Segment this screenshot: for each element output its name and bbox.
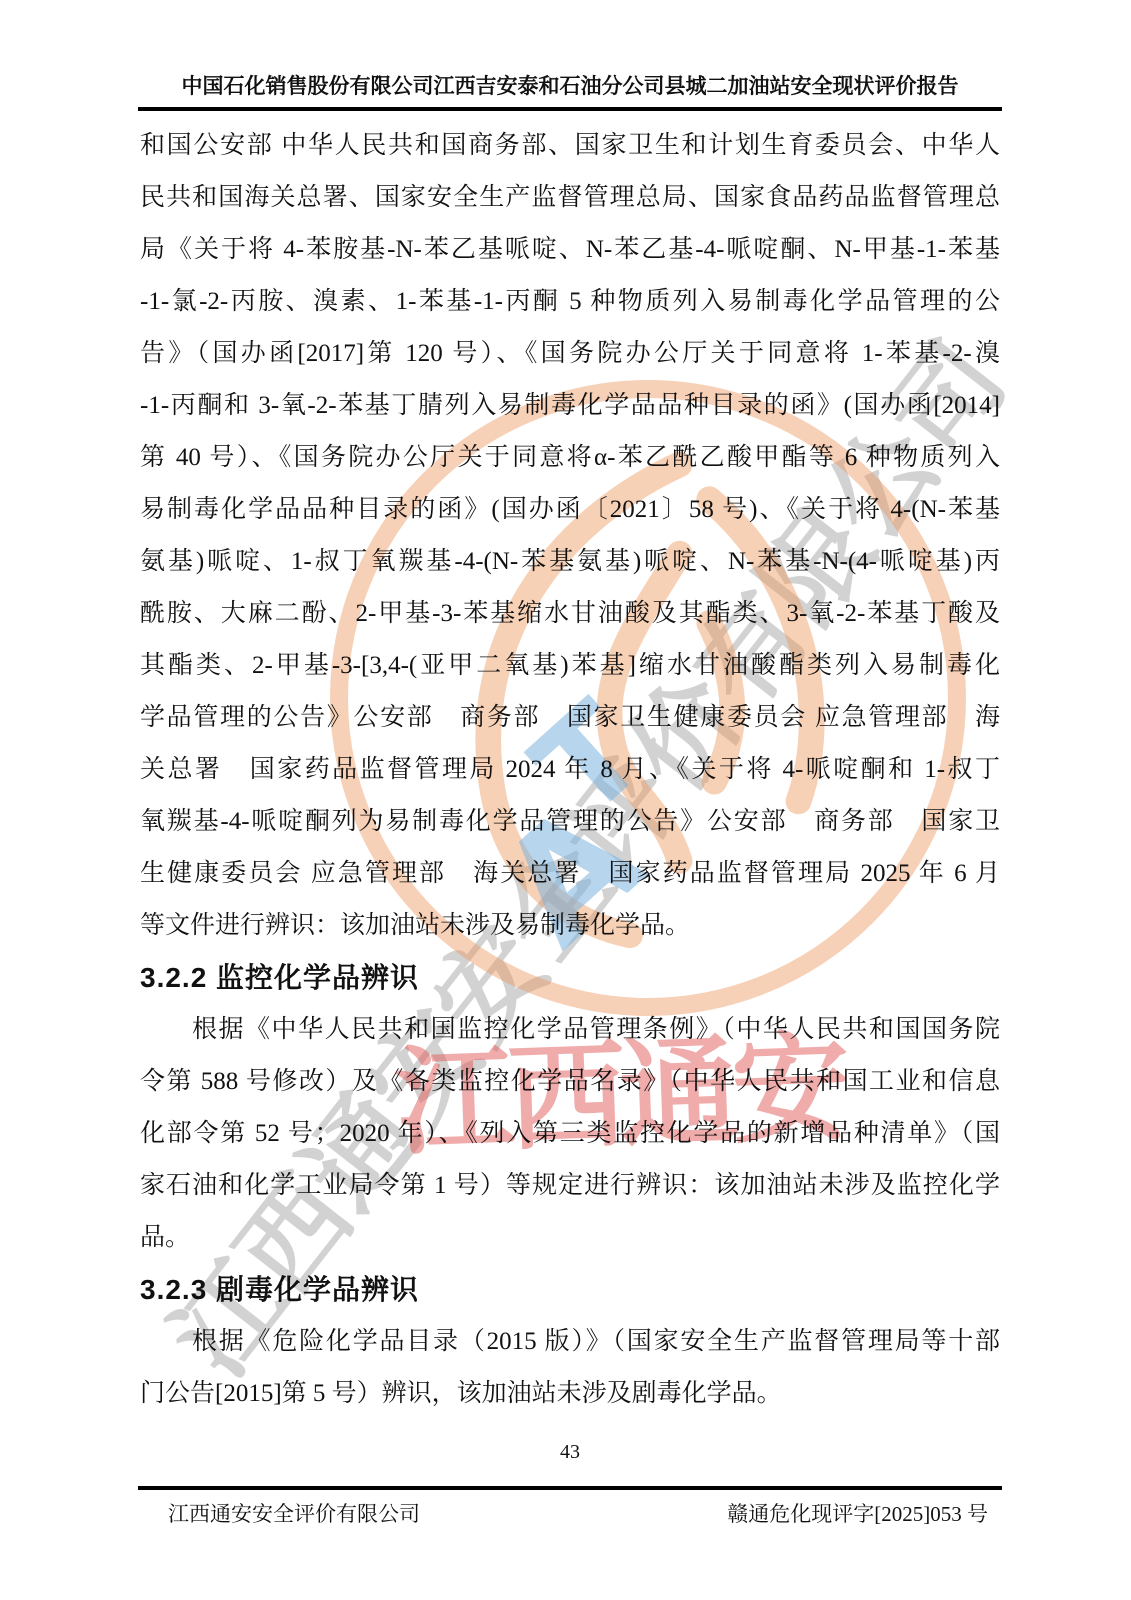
body-line: 等文件进行辨识：该加油站未涉及易制毒化学品。 xyxy=(140,900,1000,952)
section-heading-3-2-2: 3.2.2 监控化学品辨识 xyxy=(140,952,1000,1004)
section-heading-3-2-3: 3.2.3 剧毒化学品辨识 xyxy=(140,1264,1000,1316)
body-line: 品。 xyxy=(140,1212,1000,1264)
footer-rule xyxy=(138,1486,1002,1490)
body-line: 生健康委员会 应急管理部 海关总署 国家药品监督管理局 2025 年 6 月 xyxy=(140,848,1000,900)
body-line: 氨基)哌啶、1-叔丁氧羰基-4-(N-苯基氨基)哌啶、N-苯基-N-(4-哌啶基… xyxy=(140,536,1000,588)
header-rule xyxy=(138,107,1002,111)
body-line: 令第 588 号修改）及《各类监控化学品名录》（中华人民共和国工业和信息 xyxy=(140,1056,1000,1108)
body-line: 民共和国海关总署、国家安全生产监督管理总局、国家食品药品监督管理总 xyxy=(140,172,1000,224)
body-line: 其酯类、2-甲基-3-[3,4-(亚甲二氧基)苯基]缩水甘油酸酯类列入易制毒化 xyxy=(140,640,1000,692)
document-page: 江西通安安全评价有限公司 T A 江西通安 中国石化销售股份有限公司江西吉安泰和… xyxy=(0,0,1131,1600)
body-line: 关总署 国家药品监督管理局 2024 年 8 月、《关于将 4-哌啶酮和 1-叔… xyxy=(140,744,1000,796)
body-line: 酰胺、大麻二酚、2-甲基-3-苯基缩水甘油酸及其酯类、3-氧-2-苯基丁酸及 xyxy=(140,588,1000,640)
body-line: 氧羰基-4-哌啶酮列为易制毒化学品管理的公告》公安部 商务部 国家卫 xyxy=(140,796,1000,848)
document-body: 和国公安部 中华人民共和国商务部、国家卫生和计划生育委员会、中华人 民共和国海关… xyxy=(140,120,1000,1420)
footer-report-number: 赣通危化现评字[2025]053 号 xyxy=(727,1498,988,1528)
body-line: -1-氯-2-丙胺、溴素、1-苯基-1-丙酮 5 种物质列入易制毒化学品管理的公 xyxy=(140,276,1000,328)
page-number: 43 xyxy=(140,1441,1000,1464)
body-line: 易制毒化学品品种目录的函》(国办函〔2021〕58 号)、《关于将 4-(N-苯… xyxy=(140,484,1000,536)
body-line: 学品管理的公告》公安部 商务部 国家卫生健康委员会 应急管理部 海 xyxy=(140,692,1000,744)
body-line: 门公告[2015]第 5 号）辨识，该加油站未涉及剧毒化学品。 xyxy=(140,1368,1000,1420)
body-line: 根据《中华人民共和国监控化学品管理条例》（中华人民共和国国务院 xyxy=(140,1004,1000,1056)
body-line: 和国公安部 中华人民共和国商务部、国家卫生和计划生育委员会、中华人 xyxy=(140,120,1000,172)
page-header-title: 中国石化销售股份有限公司江西吉安泰和石油分公司县城二加油站安全现状评价报告 xyxy=(140,70,1000,100)
body-line: 根据《危险化学品目录（2015 版）》（国家安全生产监督管理局等十部 xyxy=(140,1316,1000,1368)
body-line: -1-丙酮和 3-氧-2-苯基丁腈列入易制毒化学品品种目录的函》(国办函[201… xyxy=(140,380,1000,432)
body-line: 化部令第 52 号；2020 年）、《列入第三类监控化学品的新增品种清单》（国 xyxy=(140,1108,1000,1160)
body-line: 第 40 号）、《国务院办公厅关于同意将α-苯乙酰乙酸甲酯等 6 种物质列入 xyxy=(140,432,1000,484)
footer-company-name: 江西通安安全评价有限公司 xyxy=(168,1498,420,1528)
body-line: 家石油和化学工业局令第 1 号）等规定进行辨识：该加油站未涉及监控化学 xyxy=(140,1160,1000,1212)
body-line: 局《关于将 4-苯胺基-N-苯乙基哌啶、N-苯乙基-4-哌啶酮、N-甲基-1-苯… xyxy=(140,224,1000,276)
body-line: 告》（国办函[2017]第 120 号）、《国务院办公厅关于同意将 1-苯基-2… xyxy=(140,328,1000,380)
